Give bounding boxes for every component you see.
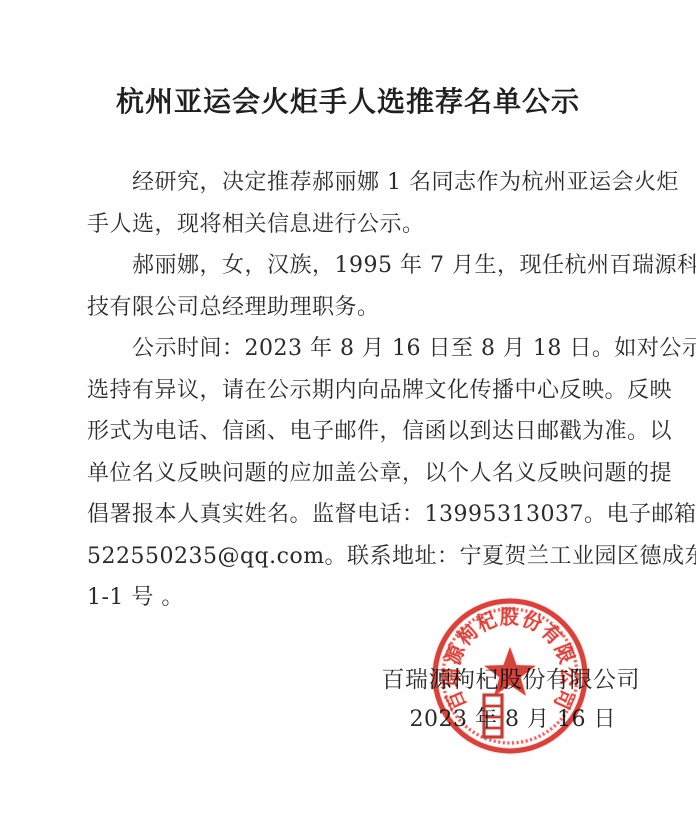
document-title: 杭州亚运会火炬手人选推荐名单公示	[0, 80, 696, 120]
body-line: 技有限公司总经理助理职务。	[87, 287, 652, 329]
company-seal: 百瑞源枸杞股份有限公司	[430, 596, 590, 756]
body-line: 选持有异议，请在公示期内向品牌文化传播中心反映。反映	[87, 370, 652, 412]
body-line: 经研究，决定推荐郝丽娜 1 名同志作为杭州亚运会火炬	[87, 162, 652, 204]
document-page: 杭州亚运会火炬手人选推荐名单公示 经研究，决定推荐郝丽娜 1 名同志作为杭州亚运…	[0, 0, 696, 823]
star-icon	[484, 647, 535, 696]
body-line: 郝丽娜，女，汉族，1995 年 7 月生，现任杭州百瑞源科	[87, 245, 652, 287]
body-line: 手人选，现将相关信息进行公示。	[87, 204, 652, 246]
seal-inner-mark	[484, 695, 502, 737]
body-text: 经研究，决定推荐郝丽娜 1 名同志作为杭州亚运会火炬 手人选，现将相关信息进行公…	[87, 162, 652, 619]
body-line: 单位名义反映问题的应加盖公章，以个人名义反映问题的提	[87, 453, 652, 495]
body-line: 522550235@qq.com。联系地址：宁夏贺兰工业园区德成东路	[87, 536, 652, 578]
body-line: 形式为电话、信函、电子邮件，信函以到达日邮戳为准。以	[87, 411, 652, 453]
body-line: 倡署报本人真实姓名。监督电话：13995313037。电子邮箱：	[87, 494, 652, 536]
body-line: 公示时间：2023 年 8 月 16 日至 8 月 18 日。如对公示人	[87, 328, 652, 370]
